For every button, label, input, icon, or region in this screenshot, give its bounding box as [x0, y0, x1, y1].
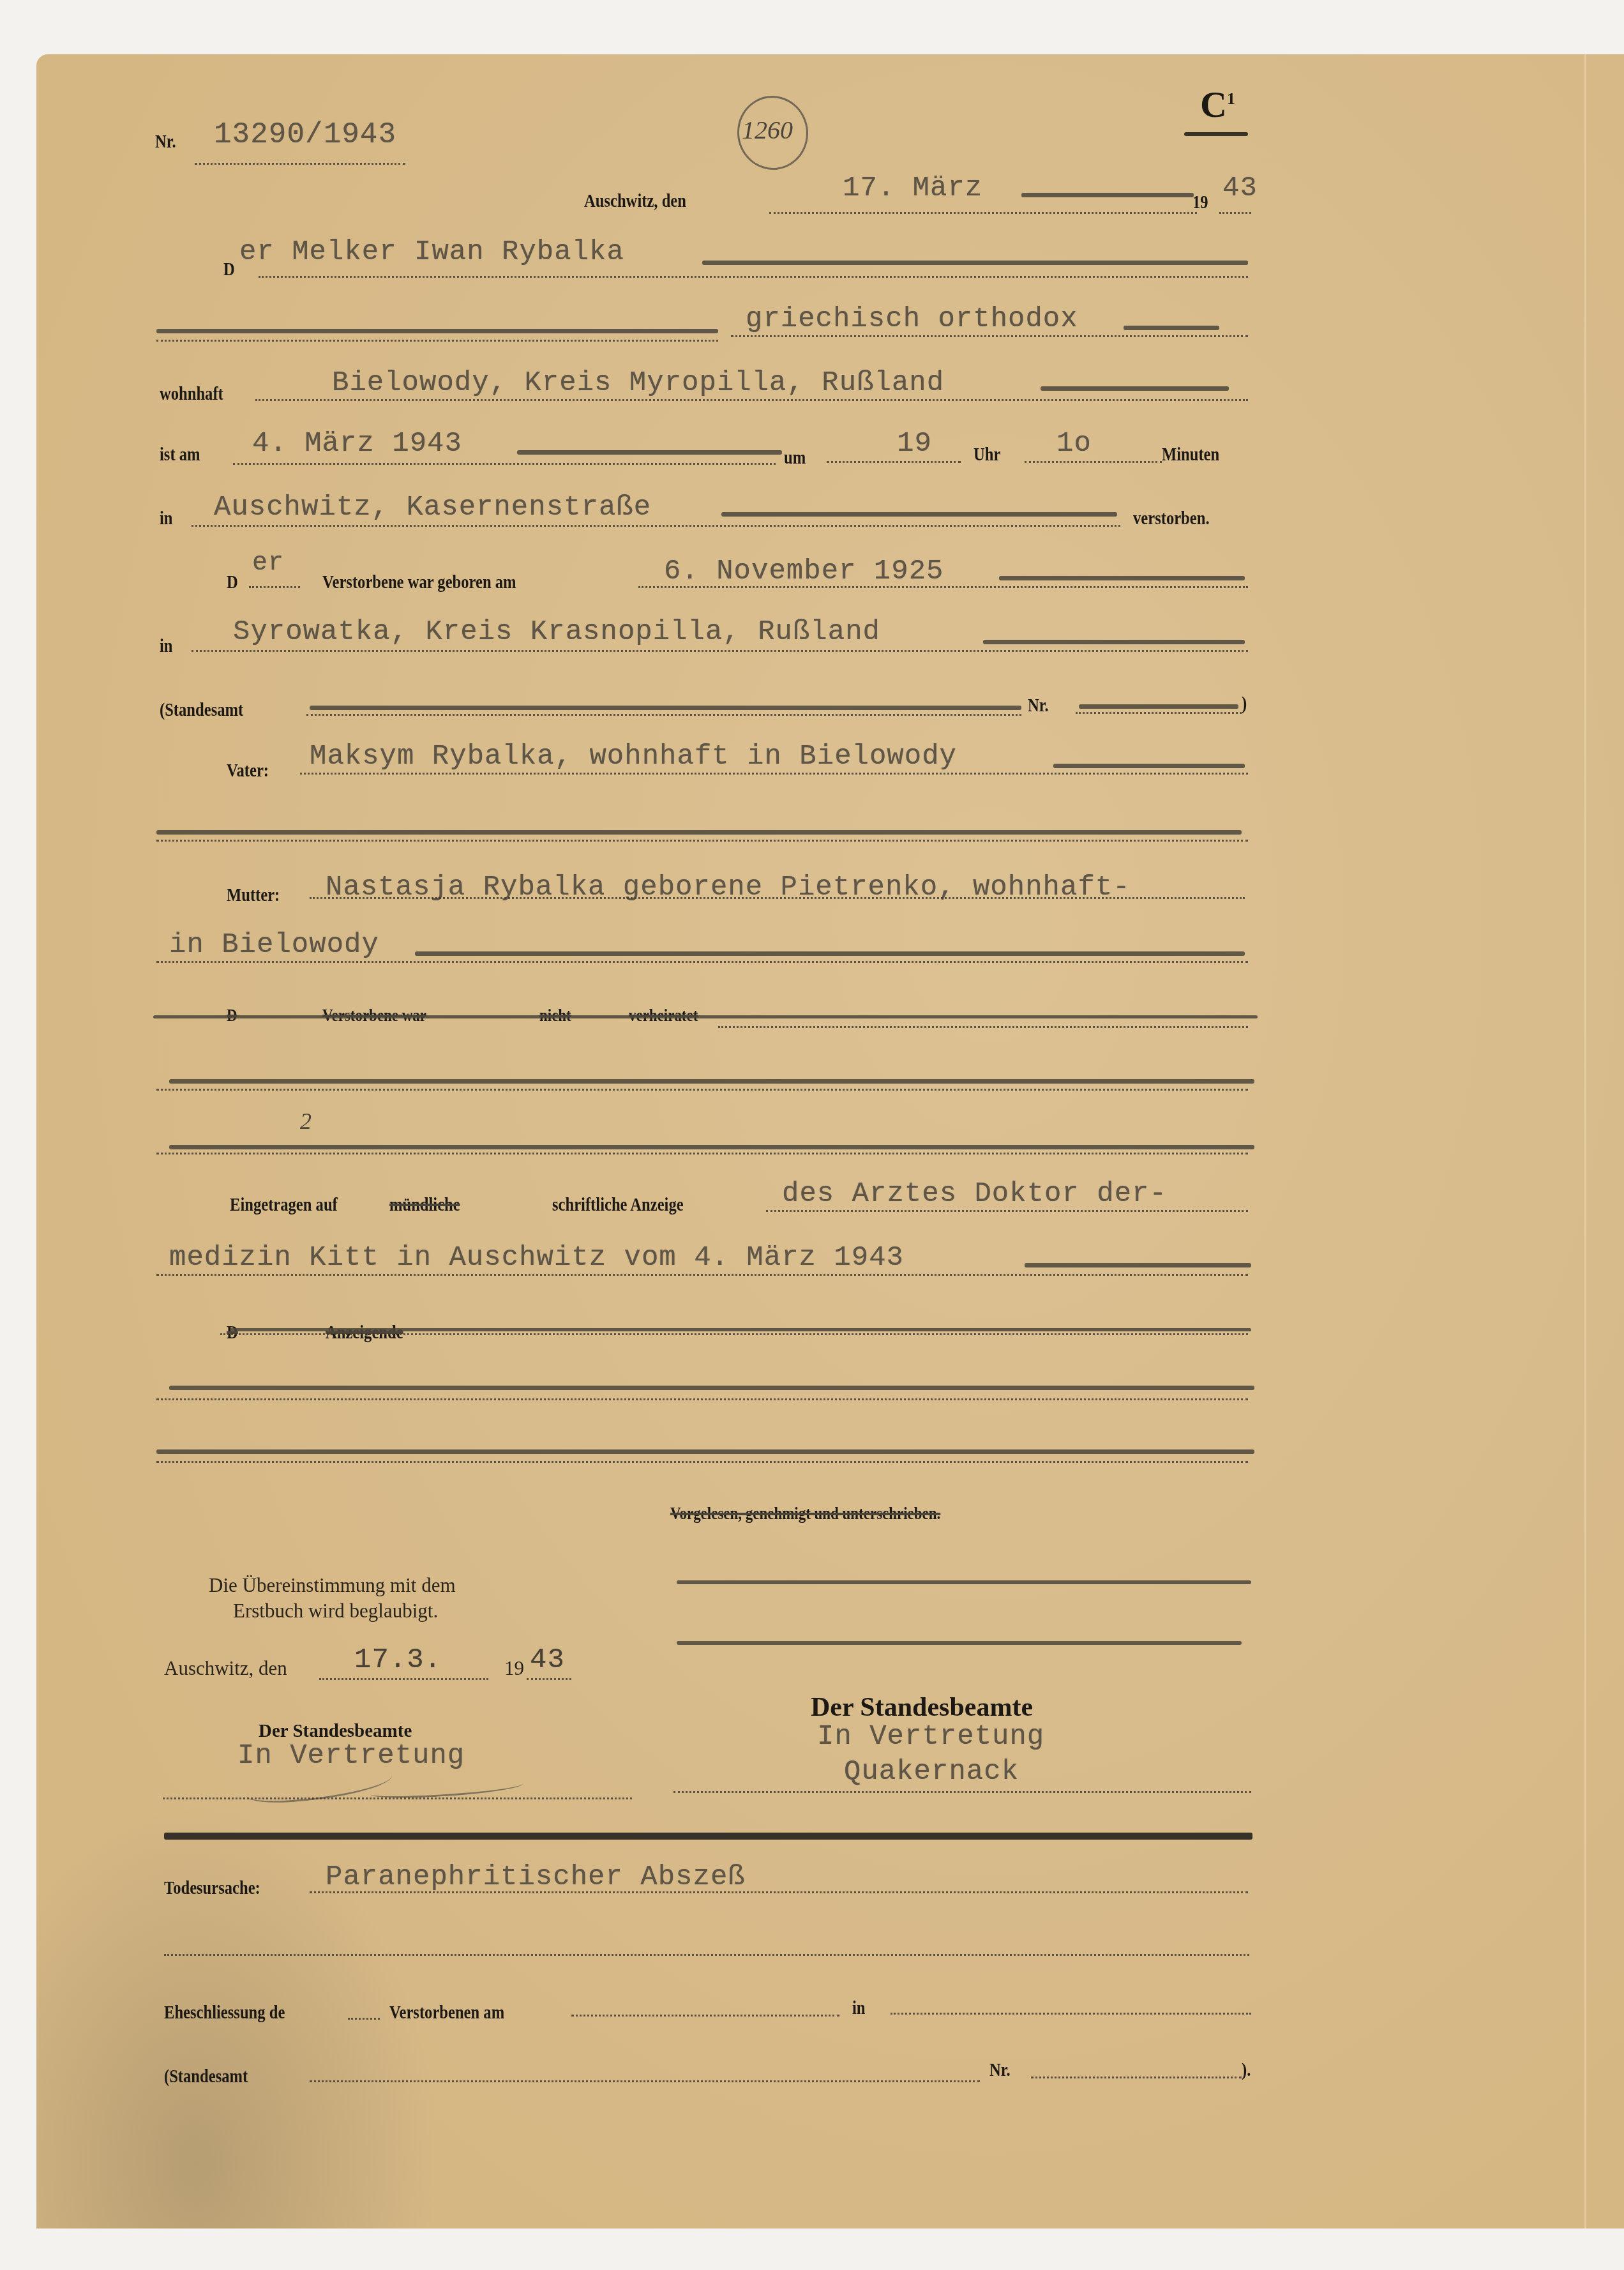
cause-line2 [164, 1954, 1249, 1956]
date-fill-bar [1021, 193, 1194, 197]
birth-date-fill-bar [999, 576, 1245, 580]
registrar-name: Quakernack [844, 1756, 1019, 1788]
date-line [769, 212, 1197, 214]
informant-line2 [156, 1398, 1248, 1400]
birth-place: Syrowatka, Kreis Krasnopilla, Rußland [233, 616, 880, 648]
religion-line-right [731, 335, 1248, 337]
register-number-label: Nr. [155, 131, 176, 153]
mother-line2-rule [156, 961, 1248, 963]
death-place-fill-bar [721, 512, 1117, 517]
registration-fill-bar [1025, 1263, 1251, 1267]
marriage-registry-nr-label: Nr. [989, 2059, 1011, 2081]
handwritten-mark: 2 [300, 1108, 312, 1135]
minute-line [1025, 461, 1162, 463]
marriage-place-line [891, 2013, 1251, 2015]
year-prefix: 19 [1192, 192, 1208, 213]
marital-line2 [156, 1089, 1248, 1091]
register-number: 13290/1943 [214, 118, 396, 151]
signature-line2-fill-bar [677, 1641, 1242, 1645]
cause-line [310, 1891, 1248, 1893]
form-code-sup: 1 [1227, 89, 1235, 108]
residence: Bielowody, Kreis Myropilla, Rußland [332, 367, 944, 399]
father: Maksym Rybalka, wohnhaft in Bielowody [310, 741, 957, 773]
death-date-line [233, 463, 776, 465]
registrar-note: In Vertretung [817, 1721, 1044, 1753]
time-label-um: um [784, 447, 806, 469]
name-fill-bar [702, 261, 1248, 265]
mother-line1-rule [310, 897, 1245, 899]
informant-line2-fill-bar [169, 1386, 1254, 1390]
birth-place-label: in [160, 635, 173, 657]
birth-registry-line [306, 714, 1021, 716]
religion: griechisch orthodox [746, 303, 1078, 335]
place-date-label: Auschwitz, den [584, 190, 686, 212]
residence-line [255, 399, 1248, 401]
mother-line2-fill-bar [415, 951, 1245, 956]
marriage-date-line [571, 2015, 839, 2017]
certification-date-line [319, 1678, 488, 1680]
death-hour: 19 [897, 428, 932, 460]
father-line [300, 773, 1248, 775]
death-date: 4. März 1943 [252, 428, 462, 460]
form-code-letter: C [1200, 84, 1227, 125]
year-line [1219, 212, 1251, 214]
certification-official-title: Der Standesbeamte [259, 1721, 412, 1742]
paper-fold [1584, 54, 1586, 2228]
informant-label: Anzeigende [326, 1322, 403, 1343]
certification-year-suffix: 43 [530, 1644, 565, 1676]
deceased-name: er Melker Iwan Rybalka [239, 236, 624, 268]
father-line2 [156, 840, 1248, 842]
certification-date: 17.3. [354, 1644, 442, 1676]
year-suffix: 43 [1222, 172, 1258, 204]
death-minute: 1o [1056, 428, 1092, 460]
father-label: Vater: [227, 760, 269, 782]
residence-fill-bar [1041, 386, 1229, 391]
form-code: C1 [1200, 83, 1235, 126]
informant-line [220, 1333, 1248, 1335]
certification-signature-line [163, 1797, 632, 1799]
religion-fill-bar-right [1124, 326, 1219, 330]
birth-prefix: D [227, 571, 238, 593]
informant-line3-fill-bar [156, 1449, 1254, 1454]
marriage-registry-line [310, 2080, 980, 2082]
certification-year-line [527, 1678, 571, 1680]
registrar-title: Der Standesbeamte [811, 1692, 1033, 1723]
marriage-label-b: Verstorbenen am [389, 2002, 504, 2024]
death-place-label: in [160, 508, 173, 529]
footer-separator [164, 1833, 1252, 1840]
marriage-in-label: in [852, 1997, 866, 2019]
certification-line1: Die Übereinstimmung mit dem [209, 1574, 456, 1597]
birth-registry-nr-label: Nr. [1028, 695, 1049, 716]
father-fill-bar [1053, 764, 1245, 768]
birth-registry-fill-bar [310, 706, 1021, 710]
registration-line1 [766, 1210, 1248, 1212]
marital-line3 [156, 1153, 1248, 1154]
death-date-label: ist am [160, 444, 200, 465]
informant-line3 [156, 1461, 1248, 1463]
hour-line [827, 461, 961, 463]
religion-line-left [156, 340, 718, 342]
death-place: Auschwitz, Kasernenstraße [214, 492, 651, 524]
marriage-registry-nr-line [1031, 2077, 1242, 2078]
birth-registry-label: (Standesamt [160, 699, 243, 721]
confirmation-text: Vorgelesen, genehmigt und unterschrieben… [670, 1504, 940, 1524]
birth-place-fill-bar [983, 640, 1245, 644]
marriage-label-a: Eheschliessung de [164, 2002, 285, 2024]
mother-label: Mutter: [227, 884, 280, 906]
death-place-line [192, 525, 1120, 527]
mother-line2: in Bielowody [169, 929, 379, 961]
registration-label-start: Eingetragen auf [230, 1194, 338, 1216]
birth-label: Verstorbene war geboren am [322, 571, 516, 593]
signature-line1-fill-bar [677, 1580, 1251, 1584]
marital-line2-fill-bar [169, 1079, 1254, 1084]
registration-text-line1: des Arztes Doktor der- [782, 1178, 1167, 1210]
died-label: verstorben. [1133, 508, 1210, 529]
certification-line2: Erstbuch wird beglaubigt. [233, 1600, 438, 1623]
birth-suffix-line [249, 586, 300, 588]
marital-line3-fill-bar [169, 1145, 1254, 1149]
circled-number: 1260 [742, 115, 793, 145]
birth-registry-close: ) [1242, 693, 1247, 715]
registrar-signature-line [673, 1791, 1251, 1793]
birth-place-line [192, 650, 1248, 652]
form-code-underline [1184, 132, 1248, 136]
informant-prefix: D [227, 1322, 238, 1343]
registration-label-end: schriftliche Anzeige [552, 1194, 684, 1216]
register-number-line [195, 163, 405, 165]
name-prefix: D [223, 259, 235, 280]
marriage-registry-close: ). [1242, 2059, 1251, 2081]
registration-text-line2: medizin Kitt in Auschwitz vom 4. März 19… [169, 1242, 904, 1274]
certification-official-note: In Vertretung [237, 1740, 465, 1772]
cause-label: Todesursache: [164, 1877, 260, 1899]
marital-strike-bar [153, 1015, 1258, 1018]
birth-registry-nr-line [1076, 712, 1242, 714]
religion-fill-bar-left [156, 329, 718, 333]
cause-of-death: Paranephritischer Abszeß [326, 1861, 746, 1893]
certification-place-label: Auschwitz, den [164, 1657, 287, 1680]
birth-gender-suffix: er [252, 549, 284, 578]
birth-date: 6. November 1925 [664, 556, 944, 587]
death-date-fill-bar [517, 450, 782, 455]
residence-label: wohnhaft [160, 383, 223, 405]
name-line [259, 276, 1248, 278]
hour-label: Uhr [974, 444, 1000, 465]
registration-struck-option: mündliche [389, 1194, 460, 1216]
marital-line [718, 1026, 1248, 1028]
marriage-suffix-line [348, 2018, 380, 2020]
birth-date-line [638, 586, 1248, 588]
father-line2-fill-bar [156, 830, 1242, 835]
minute-label: Minuten [1162, 444, 1219, 465]
marriage-registry-label: (Standesamt [164, 2066, 248, 2087]
birth-registry-nr-fill-bar [1079, 704, 1238, 709]
informant-strike-bar [230, 1328, 1251, 1331]
registration-line2 [156, 1274, 1248, 1276]
certification-year-prefix: 19 [504, 1657, 524, 1680]
document-date: 17. März [843, 172, 982, 204]
